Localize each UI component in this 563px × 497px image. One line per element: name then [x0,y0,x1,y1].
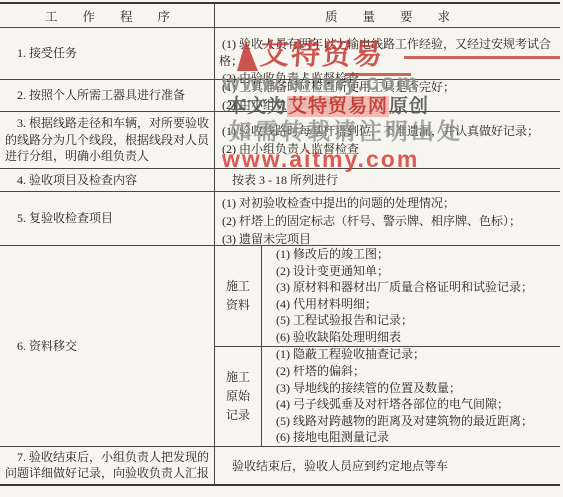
acceptance-procedure-table: 工作程序 质量要求 1. 接受任务 (1) 验收人员有两年以上输电线路工作经验，… [0,2,560,486]
table-header-row: 工作程序 质量要求 [0,4,560,28]
requirement-item: (1) 工具准备时应检查所使用工具是否完好； [219,78,556,96]
procedure-text: 7. 验收结束后，小组负责人把发现的问题详细做好记录，向验收负责人汇报 [5,450,210,481]
subgroup-label-cell: 施工原始记录 [215,347,262,447]
subgroup-label: 施工原始记录 [225,368,251,425]
requirement-item: (2) 设计变更通知单； [276,263,560,280]
procedure-column-title: 工作程序 [45,7,195,25]
requirement-item: (1) 对初验收检查中提出的问题的处理情况； [219,194,556,212]
procedure-text: 5. 复验收检查项目 [5,210,210,227]
subgroup-items-cell: (1) 隐蔽工程验收抽查记录； (2) 杆塔的偏斜； (3) 导地线的接续管的位… [262,347,560,447]
procedure-text: 6. 资料移交 [5,338,210,355]
requirement-item: (6) 验收缺陷处理明细表 [276,329,560,346]
table-row: 6. 资料移交 施工资料 (1) 修改后的竣工图； (2) 设计变更通知单； (… [0,246,560,447]
requirement-item: (2) 杆塔的偏斜； [276,363,560,380]
procedure-cell: 7. 验收结束后，小组负责人把发现的问题详细做好记录，向验收负责人汇报 [0,447,215,484]
requirement-item: (1) 验收人员有两年以上输电线路工作经验，又经过安规考试合格； [219,36,556,70]
procedure-text: 4. 验收项目及检查内容 [5,172,210,189]
quality-column-title: 质量要求 [325,7,475,25]
requirement-item: (1) 修改后的竣工图； [276,246,560,263]
requirement-item: (4) 代用材料明细； [276,296,560,313]
header-cell-procedure: 工作程序 [0,4,215,27]
procedure-text: 2. 按照个人所需工器具进行准备 [5,87,210,104]
requirement-item: (5) 工程试验报告和记录； [276,312,560,329]
requirements-subtable: 施工资料 (1) 修改后的竣工图； (2) 设计变更通知单； (3) 原材料和器… [215,246,560,446]
subgroup-row: 施工原始记录 (1) 隐蔽工程验收抽查记录； (2) 杆塔的偏斜； (3) 导地… [215,347,560,447]
requirements-cell: (1) 对初验收检查中提出的问题的处理情况； (2) 杆塔上的固定标志（杆号、警… [215,192,560,245]
procedure-cell: 5. 复验收检查项目 [0,192,215,245]
table-row: 7. 验收结束后，小组负责人把发现的问题详细做好记录，向验收负责人汇报 验收结束… [0,447,560,484]
requirement-item: (1) 验收线路时每基杆塔到位，不准遗漏，并认真做好记录； [219,122,556,140]
table-row: 2. 按照个人所需工器具进行准备 (1) 工具准备时应检查所使用工具是否完好； … [0,80,560,112]
scanned-document-page: 工作程序 质量要求 1. 接受任务 (1) 验收人员有两年以上输电线路工作经验，… [0,0,563,497]
watermark-underline [345,73,411,76]
requirement-item: (4) 弓子线弧垂及对杆塔各部位的电气间隙； [276,396,560,413]
watermark-underline [404,56,560,59]
procedure-cell: 6. 资料移交 [0,246,215,446]
requirement-item: 验收结束后，验收人员应到约定地点等车 [219,457,556,475]
subgroup-items-cell: (1) 修改后的竣工图； (2) 设计变更通知单； (3) 原材料和器材出厂质量… [262,246,560,346]
procedure-cell: 4. 验收项目及检查内容 [0,169,215,191]
requirement-item: (1) 隐蔽工程验收抽查记录； [276,346,560,363]
requirements-cell: (1) 验收人员有两年以上输电线路工作经验，又经过安规考试合格； (2) 由验收… [215,28,560,79]
table-row: 4. 验收项目及检查内容 按表 3 - 18 所列进行 [0,169,560,192]
requirement-item: (6) 接地电阻测量记录 [276,429,560,446]
subgroup-label-cell: 施工资料 [215,246,262,346]
procedure-text: 3. 根据线路走径和车辆，对所要验收的线路分为几个线段，根据线段对人员进行分组，… [5,115,210,165]
requirement-item: 按表 3 - 18 所列进行 [219,171,556,189]
requirement-item: (3) 原材料和器材出厂质量合格证明和试验记录； [276,279,560,296]
table-row: 3. 根据线路走径和车辆，对所要验收的线路分为几个线段，根据线段对人员进行分组，… [0,112,560,169]
requirements-cell: 验收结束后，验收人员应到约定地点等车 [215,447,560,484]
requirement-item: (3) 导地线的接续管的位置及数量； [276,380,560,397]
procedure-text: 1. 接受任务 [5,45,210,62]
table-row: 1. 接受任务 (1) 验收人员有两年以上输电线路工作经验，又经过安规考试合格；… [0,28,560,80]
requirement-item: (5) 线路对跨越物的距离及对建筑物的最近距离； [276,413,560,430]
requirements-cell: (1) 工具准备时应检查所使用工具是否完好； (2) 由小组负责人监督检查 [215,80,560,111]
subgroup-row: 施工资料 (1) 修改后的竣工图； (2) 设计变更通知单； (3) 原材料和器… [215,246,560,347]
requirement-item: (2) 由小组负责人监督检查 [219,96,556,114]
requirement-item: (2) 杆塔上的固定标志（杆号、警示牌、相序牌、色标）； [219,212,556,230]
procedure-cell: 2. 按照个人所需工器具进行准备 [0,80,215,111]
table-row: 5. 复验收检查项目 (1) 对初验收检查中提出的问题的处理情况； (2) 杆塔… [0,192,560,246]
procedure-cell: 1. 接受任务 [0,28,215,79]
subgroup-label: 施工资料 [225,277,251,315]
requirements-cell: 按表 3 - 18 所列进行 [215,169,560,191]
requirement-item: (2) 由小组负责人监督检查 [219,140,556,158]
header-cell-quality: 质量要求 [215,4,560,27]
procedure-cell: 3. 根据线路走径和车辆，对所要验收的线路分为几个线段，根据线段对人员进行分组，… [0,112,215,168]
requirements-cell: (1) 验收线路时每基杆塔到位，不准遗漏，并认真做好记录； (2) 由小组负责人… [215,112,560,168]
